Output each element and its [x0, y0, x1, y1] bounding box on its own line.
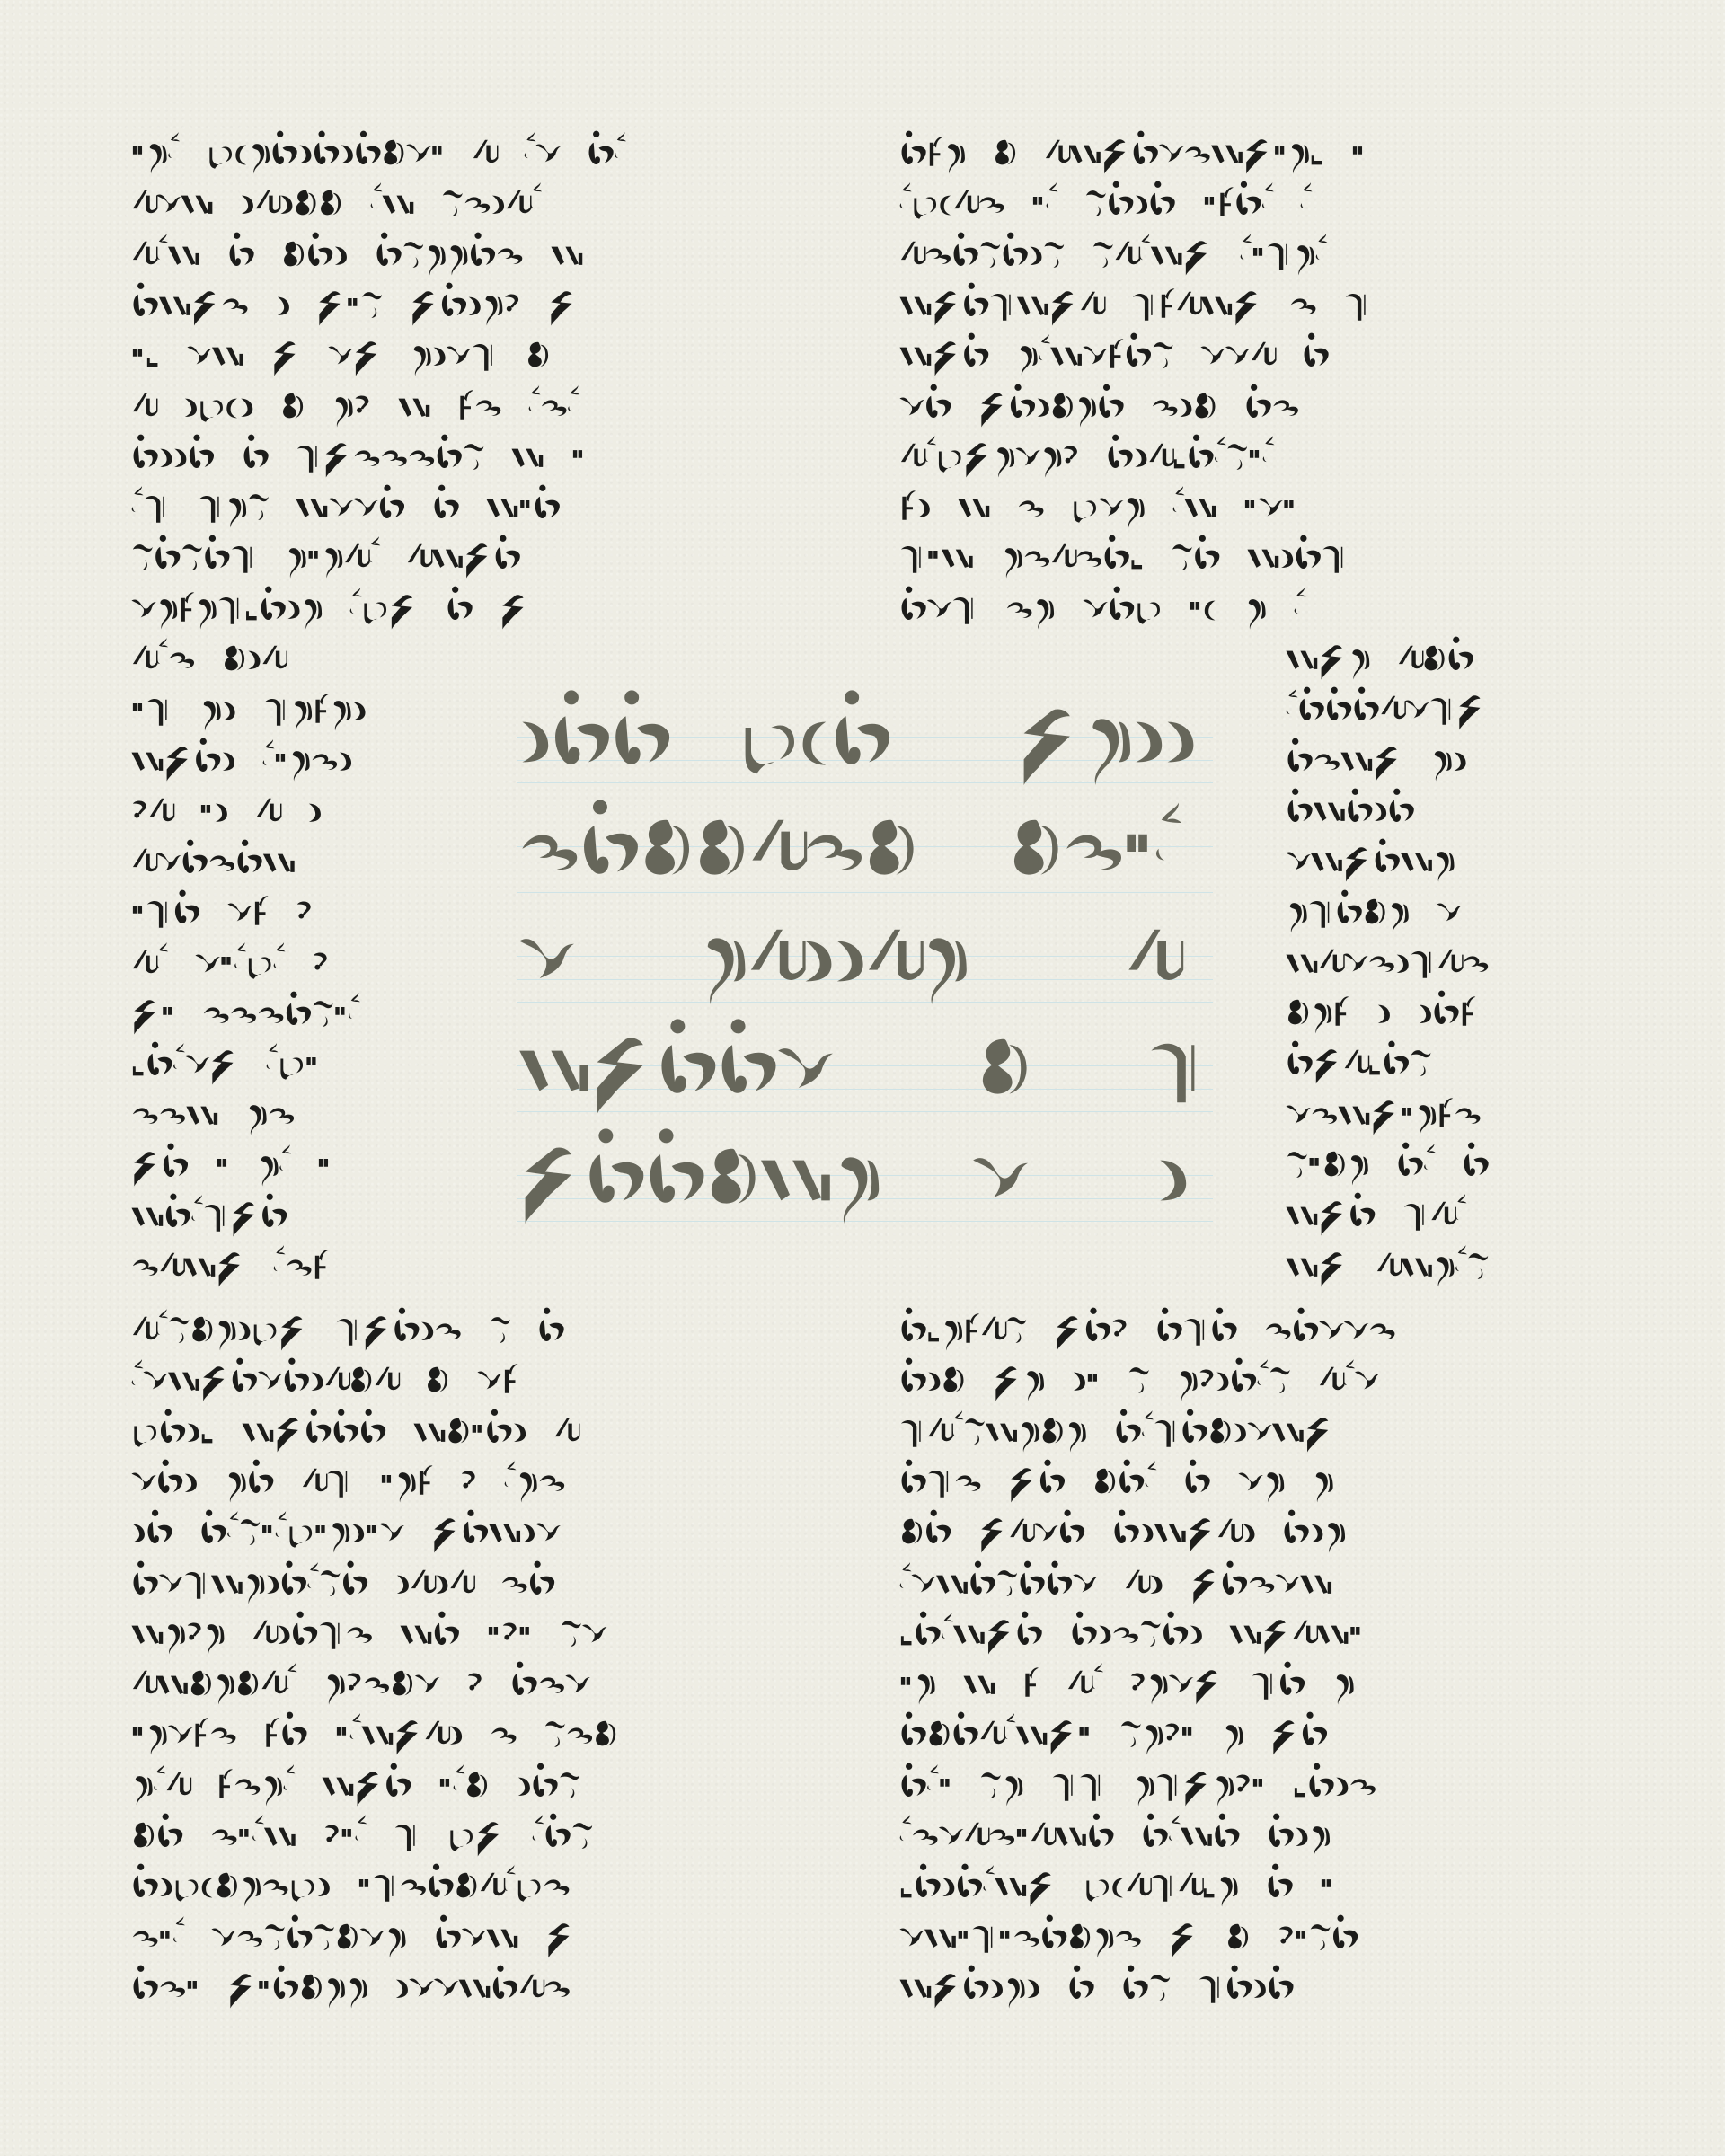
glyph-word-icon [327, 337, 382, 389]
glyph-word-icon [130, 692, 172, 744]
glyph-word-icon [130, 1919, 183, 1971]
glyph-word [1091, 236, 1212, 287]
text-line [130, 894, 339, 944]
text-line [898, 539, 1375, 589]
glyph-word [1043, 135, 1323, 185]
title-glyph-word [517, 918, 571, 1028]
glyph-word-icon [1146, 1028, 1206, 1143]
glyph-word [977, 1514, 1084, 1564]
glyph-word-icon [559, 1615, 606, 1667]
glyph-word [1092, 1463, 1155, 1514]
glyph-word [1120, 1969, 1170, 2019]
title-glyph-word [1015, 699, 1193, 808]
glyph-word [531, 1817, 592, 1868]
glyph-word-icon [536, 1312, 563, 1364]
glyph-word [1228, 1615, 1362, 1666]
text-line [130, 489, 587, 539]
glyph-word [898, 438, 1078, 489]
glyph-word [130, 1565, 367, 1615]
glyph-word-icon [1007, 1463, 1065, 1515]
glyph-word [1015, 337, 1172, 387]
glyph-word-icon [898, 388, 951, 440]
glyph-word [295, 438, 483, 489]
glyph-word [1402, 1197, 1465, 1247]
glyph-word [898, 1312, 1026, 1362]
glyph-word [898, 185, 1004, 235]
glyph-word-icon [130, 995, 174, 1047]
text-line [130, 1312, 591, 1362]
glyph-word-icon [1127, 1362, 1149, 1414]
glyph-word [1050, 1767, 1105, 1817]
glyph-word [1199, 337, 1274, 387]
glyph-word-icon [1069, 1615, 1202, 1667]
glyph-word [489, 1716, 516, 1766]
glyph-word [130, 844, 295, 894]
glyph-word [1285, 1248, 1348, 1298]
glyph-word-icon [284, 539, 379, 591]
glyph-word-icon [1190, 1565, 1331, 1617]
text-line [898, 236, 1353, 287]
glyph-word-icon [962, 1666, 995, 1718]
glyph-word-icon [130, 1565, 367, 1617]
glyph-word-icon [1285, 994, 1349, 1047]
glyph-word-icon [130, 590, 322, 642]
glyph-word-icon [1071, 1362, 1100, 1414]
title-glyph-word [970, 1137, 1025, 1247]
text-line [1285, 1096, 1508, 1146]
glyph-word [1317, 1362, 1378, 1412]
glyph-word [215, 1147, 229, 1197]
glyph-word [334, 1716, 462, 1766]
glyph-word [201, 995, 358, 1046]
glyph-word [503, 1463, 564, 1514]
text-line [130, 1046, 346, 1096]
glyph-word [1285, 1146, 1368, 1197]
glyph-word [130, 1666, 296, 1716]
text-line [1285, 641, 1500, 691]
text-line [898, 438, 1300, 489]
text-line [1285, 1248, 1515, 1298]
glyph-word [1285, 691, 1485, 741]
text-line [130, 539, 547, 589]
glyph-word [1319, 1868, 1333, 1918]
glyph-word-icon [1285, 792, 1414, 844]
glyph-word-icon [186, 337, 243, 389]
glyph-word [315, 287, 382, 337]
glyph-word-icon [1050, 1767, 1105, 1819]
glyph-word-icon [394, 1565, 473, 1617]
glyph-word-icon [409, 287, 519, 339]
glyph-word-icon [1285, 641, 1369, 693]
glyph-word-icon [509, 1666, 588, 1718]
glyph-word [1266, 1817, 1330, 1868]
text-line [1285, 691, 1512, 741]
glyph-word-icon [1263, 1312, 1394, 1364]
glyph-word-icon [456, 388, 500, 440]
glyph-word-icon [1199, 337, 1274, 389]
glyph-word [1150, 388, 1216, 438]
glyph-word-icon [1015, 337, 1172, 389]
text-line [1285, 1146, 1516, 1197]
glyph-word-icon [130, 641, 194, 693]
text-line [898, 1969, 1320, 2019]
text-line [130, 185, 568, 235]
glyph-word [1237, 1463, 1284, 1514]
glyph-word [130, 287, 248, 337]
glyph-word-icon [531, 1817, 592, 1869]
glyph-word [254, 793, 279, 844]
glyph-word [456, 388, 500, 438]
glyph-word [393, 1817, 420, 1868]
glyph-word [349, 590, 418, 641]
glyph-word-icon [1132, 1767, 1265, 1819]
glyph-word [239, 185, 342, 235]
text-line [130, 945, 354, 995]
glyph-word [316, 1147, 331, 1197]
glyph-word [898, 388, 951, 438]
glyph-word-icon [221, 641, 285, 693]
glyph-word-icon [1250, 1666, 1305, 1718]
glyph-word [130, 1615, 224, 1666]
glyph-word-icon [431, 489, 458, 541]
glyph-word-icon [130, 742, 234, 794]
text-line [898, 388, 1325, 438]
glyph-word-icon [696, 918, 967, 1033]
glyph-word-icon [1285, 894, 1409, 946]
glyph-word-icon [397, 388, 429, 440]
glyph-word [206, 135, 444, 185]
glyph-word-icon [898, 1514, 951, 1566]
glyph-word-icon [486, 1615, 532, 1667]
text-line [130, 1514, 587, 1564]
glyph-word-icon [393, 1817, 420, 1869]
glyph-word-icon [130, 1767, 189, 1819]
glyph-word [199, 793, 227, 844]
glyph-word-icon [898, 236, 1064, 288]
glyph-word-icon [265, 1046, 318, 1098]
glyph-word [1246, 539, 1348, 589]
glyph-word [306, 793, 321, 844]
glyph-word [1285, 1197, 1375, 1247]
glyph-word-icon [256, 1147, 290, 1199]
glyph-word-icon [1292, 1767, 1376, 1819]
glyph-word-icon [1053, 1312, 1128, 1364]
glyph-word-icon [1221, 1716, 1243, 1768]
glyph-word [547, 287, 577, 337]
glyph-word-icon [898, 287, 1103, 339]
text-line [898, 337, 1356, 387]
glyph-word-icon [898, 1868, 1056, 1920]
glyph-word-icon [1266, 1817, 1330, 1869]
glyph-word-icon [1006, 808, 1179, 923]
title-glyph-word [517, 1028, 830, 1137]
glyph-word [130, 590, 322, 641]
title-glyph-word [517, 699, 669, 808]
glyph-word [130, 539, 257, 589]
glyph-word [898, 1666, 935, 1716]
glyph-word [130, 793, 172, 844]
glyph-word-icon [898, 1362, 965, 1414]
glyph-word [130, 1817, 182, 1868]
glyph-word-icon [1246, 539, 1348, 591]
glyph-word-icon [489, 1716, 516, 1768]
glyph-word [898, 1919, 1141, 1969]
glyph-word-icon [130, 1463, 197, 1515]
glyph-word-icon [898, 1767, 951, 1819]
text-line [130, 995, 386, 1046]
title-glyph-word [737, 699, 889, 808]
glyph-word [130, 135, 179, 185]
glyph-word-icon [1301, 337, 1328, 389]
text-line [898, 1666, 1380, 1716]
glyph-word-icon [357, 1868, 569, 1920]
glyph-word [221, 641, 285, 691]
glyph-word-icon [1285, 1045, 1430, 1097]
glyph-word [327, 337, 382, 387]
glyph-word-icon [517, 1137, 879, 1252]
glyph-word-icon [975, 1028, 1030, 1143]
title-glyph-word [696, 918, 967, 1028]
glyph-word [536, 1312, 563, 1362]
glyph-word [311, 945, 328, 995]
glyph-word-icon [1396, 641, 1473, 693]
glyph-word [1132, 1767, 1265, 1817]
text-line [130, 1197, 314, 1248]
glyph-word-icon [1084, 185, 1175, 237]
glyph-word [194, 945, 284, 995]
glyph-word-icon [1237, 1463, 1284, 1515]
glyph-word [1168, 1919, 1198, 1969]
glyph-word [1119, 1716, 1194, 1766]
text-line [1285, 944, 1515, 994]
glyph-word [1288, 287, 1315, 337]
glyph-word-icon [130, 1666, 296, 1718]
glyph-word [130, 641, 194, 691]
title-glyph-word [517, 1137, 879, 1247]
glyph-word [499, 590, 528, 641]
glyph-word-icon [275, 287, 289, 339]
glyph-word [226, 236, 253, 287]
glyph-word [130, 1868, 330, 1918]
glyph-word [898, 590, 977, 641]
glyph-word-icon [898, 1615, 1042, 1667]
glyph-word-icon [499, 590, 528, 642]
glyph-word [379, 1463, 432, 1514]
glyph-word [186, 337, 243, 387]
glyph-word [241, 438, 268, 489]
glyph-word-icon [898, 1312, 1026, 1364]
glyph-word [543, 1716, 617, 1766]
glyph-word-icon [412, 1413, 526, 1465]
text-line [130, 1147, 358, 1197]
glyph-word [509, 1666, 588, 1716]
glyph-word-icon [1123, 918, 1178, 1033]
glyph-word-icon [130, 236, 199, 288]
glyph-word [1113, 1413, 1333, 1463]
glyph-word [256, 1147, 290, 1197]
glyph-word-icon [130, 793, 172, 845]
glyph-word-icon [1417, 994, 1475, 1047]
glyph-word-icon [130, 388, 155, 440]
glyph-word-icon [1299, 185, 1311, 237]
glyph-word [550, 236, 582, 287]
glyph-word-icon [430, 1514, 560, 1566]
glyph-word [544, 1919, 574, 1969]
glyph-word [251, 1615, 372, 1666]
glyph-word-icon [130, 1413, 214, 1465]
glyph-word [1007, 1463, 1065, 1514]
glyph-word-icon [898, 438, 1078, 490]
glyph-word [1285, 894, 1409, 944]
glyph-word-icon [130, 489, 170, 541]
glyph-word [898, 1565, 1096, 1615]
text-line [898, 489, 1323, 539]
title-line [517, 1157, 1213, 1267]
glyph-word [130, 894, 199, 944]
title-glyph-word [1123, 918, 1178, 1028]
glyph-word-icon [216, 1767, 294, 1819]
glyph-word-icon [433, 1919, 517, 1971]
glyph-word [898, 1615, 1042, 1666]
glyph-word-icon [130, 1615, 224, 1667]
glyph-word [199, 692, 235, 742]
glyph-word-icon [898, 489, 930, 541]
glyph-word [275, 287, 289, 337]
glyph-word-icon [1140, 1817, 1239, 1869]
glyph-word-icon [1317, 1362, 1378, 1414]
glyph-word-icon [215, 1147, 229, 1199]
glyph-word-icon [1154, 1137, 1186, 1252]
glyph-word [244, 1096, 294, 1146]
glyph-word [898, 135, 965, 185]
glyph-word-icon [992, 135, 1017, 187]
glyph-word-icon [323, 1666, 438, 1718]
glyph-word [1250, 1666, 1305, 1716]
glyph-word [1053, 1312, 1128, 1362]
glyph-word-icon [1175, 1362, 1290, 1414]
glyph-word [1082, 590, 1161, 641]
glyph-word [559, 1615, 606, 1666]
glyph-word [1269, 1716, 1327, 1766]
glyph-word-icon [898, 185, 1004, 237]
text-line [1285, 1045, 1457, 1095]
glyph-word-icon [1000, 539, 1144, 591]
glyph-word-icon [471, 135, 496, 187]
glyph-word [1293, 590, 1305, 641]
glyph-word-icon [261, 742, 351, 794]
glyph-word [898, 1969, 1039, 2019]
glyph-word-icon [898, 1716, 1092, 1768]
glyph-word [486, 1615, 532, 1666]
glyph-word [898, 287, 1103, 337]
glyph-word-icon [130, 1969, 199, 2021]
glyph-word-icon [1022, 1666, 1039, 1718]
glyph-word [130, 692, 172, 742]
title-glyph-word [1154, 1137, 1186, 1247]
title-glyph-word [975, 1028, 1030, 1137]
glyph-word-icon [316, 1147, 331, 1199]
glyph-word [485, 489, 560, 539]
glyph-word-icon [978, 1767, 1022, 1819]
glyph-word-icon [251, 1615, 372, 1667]
glyph-word [500, 1565, 554, 1615]
glyph-word [1243, 388, 1298, 438]
glyph-word [1105, 438, 1273, 489]
glyph-word-icon [503, 1463, 564, 1515]
glyph-word [978, 1767, 1022, 1817]
glyph-word [1375, 1248, 1488, 1298]
glyph-word [438, 1767, 489, 1817]
glyph-word [331, 388, 370, 438]
text-line [898, 1919, 1384, 1969]
glyph-word [571, 438, 585, 489]
glyph-word-icon [1277, 1919, 1358, 1971]
glyph-word [445, 590, 472, 641]
text-line [898, 1312, 1422, 1362]
glyph-word-icon [130, 287, 248, 339]
glyph-word [1285, 944, 1488, 994]
glyph-word [898, 236, 1064, 287]
glyph-word-icon [898, 590, 977, 642]
glyph-word [130, 1096, 217, 1146]
text-line [130, 590, 556, 641]
glyph-word-icon [295, 894, 312, 946]
glyph-word-icon [130, 539, 257, 591]
glyph-word-icon [1168, 1919, 1198, 1971]
glyph-word [1285, 1045, 1430, 1095]
glyph-word-icon [1202, 185, 1272, 237]
glyph-word-icon [1091, 236, 1212, 288]
glyph-word-icon [394, 1969, 570, 2021]
glyph-word [1281, 1514, 1345, 1564]
glyph-word [898, 1868, 1056, 1918]
glyph-word [1070, 489, 1145, 539]
glyph-word-icon [194, 945, 284, 997]
glyph-word [1172, 489, 1216, 539]
text-line [130, 287, 604, 337]
glyph-word [1140, 1817, 1239, 1868]
text-line [898, 1716, 1354, 1766]
glyph-word-icon [130, 1868, 330, 1920]
glyph-word [357, 1868, 569, 1918]
glyph-word-icon [1265, 1868, 1292, 1920]
glyph-word-icon [1092, 1463, 1155, 1515]
glyph-word [1263, 1312, 1394, 1362]
glyph-word-icon [992, 1362, 1044, 1414]
glyph-word [898, 1463, 980, 1514]
glyph-word [1277, 1919, 1358, 1969]
glyph-word-icon [199, 793, 227, 845]
glyph-word-icon [226, 1969, 367, 2021]
glyph-word-icon [898, 135, 965, 187]
glyph-word [1123, 1565, 1163, 1615]
glyph-word-icon [1170, 539, 1219, 591]
glyph-word [130, 185, 212, 235]
glyph-word-icon [1285, 691, 1485, 743]
glyph-word [1127, 1362, 1149, 1412]
glyph-word-icon [438, 1767, 489, 1819]
glyph-word [898, 1767, 951, 1817]
glyph-word [898, 539, 973, 589]
glyph-word-icon [547, 287, 577, 339]
glyph-word-icon [523, 135, 560, 187]
glyph-word [1071, 1362, 1100, 1412]
glyph-word [440, 185, 541, 235]
glyph-word-icon [272, 1248, 328, 1300]
text-line [1285, 742, 1492, 792]
glyph-word [409, 287, 519, 337]
glyph-word [130, 1413, 214, 1463]
